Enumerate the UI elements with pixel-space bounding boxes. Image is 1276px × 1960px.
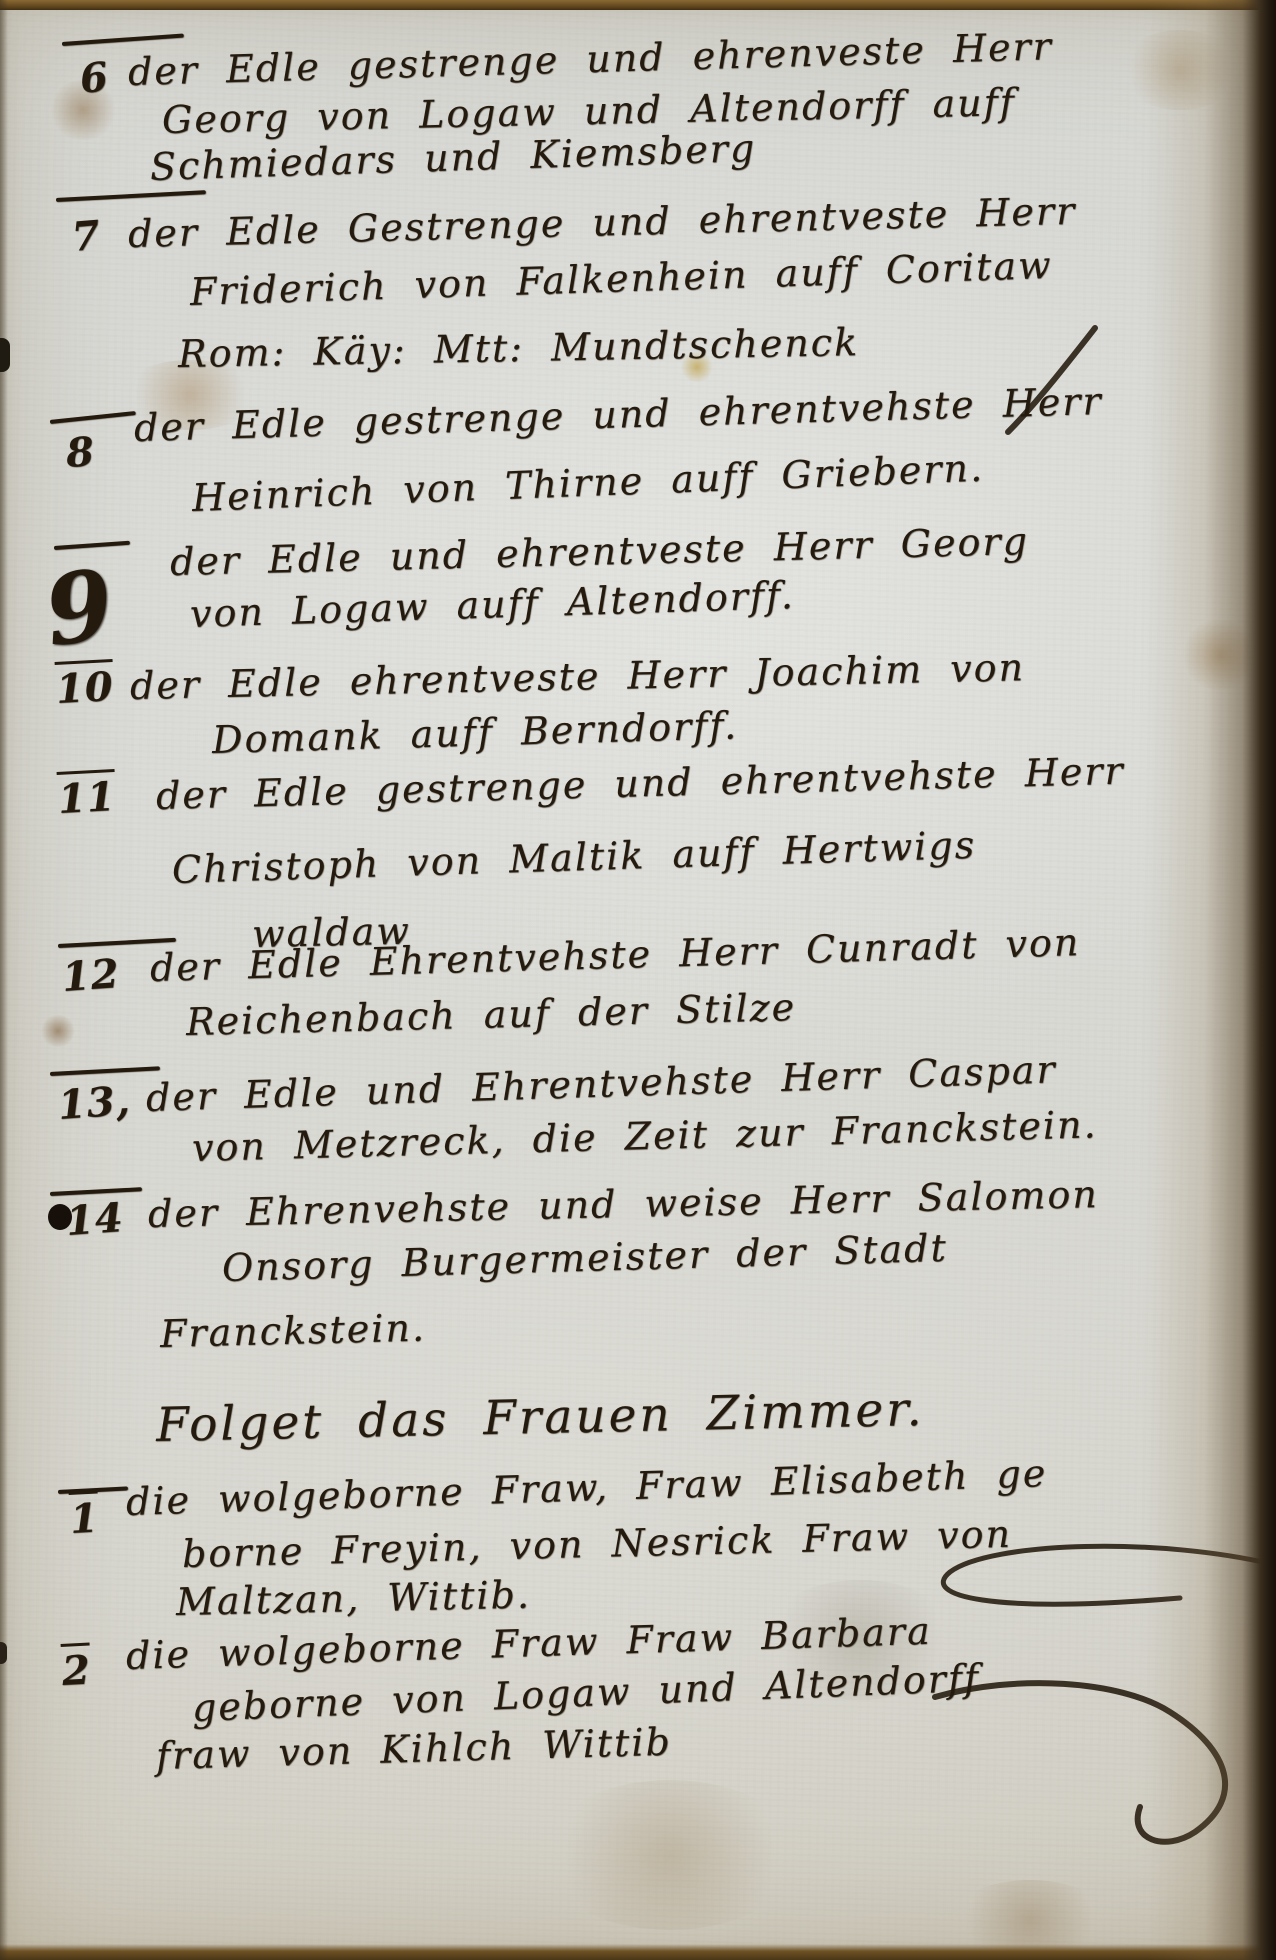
entry-line: die wolgeborne Fraw, Fraw Elisabeth ge	[125, 1451, 1048, 1524]
book-edge-left	[0, 0, 8, 1960]
book-edge-right	[1146, 0, 1276, 1960]
entry-number: 7	[70, 212, 103, 261]
paper-stain	[40, 1015, 76, 1047]
entry-number: 12	[60, 950, 121, 1001]
paper-stain	[950, 1880, 1110, 1960]
entry-number: 6	[78, 53, 112, 103]
ink-flourish	[920, 1672, 1270, 1872]
book-edge-top	[0, 0, 1276, 10]
paper-stain	[1180, 620, 1260, 690]
ink-dash	[62, 33, 184, 46]
entry-line: der Edle und ehrentveste Herr Georg	[169, 519, 1029, 584]
book-edge-left-mark	[0, 1642, 7, 1664]
entry-number: 9	[38, 547, 121, 668]
ink-dash	[56, 190, 206, 202]
entry-number: 10	[55, 663, 115, 713]
book-edge-bottom	[0, 1944, 1276, 1960]
entry-line: der Edle ehrentveste Herr Joachim von	[130, 645, 1026, 708]
entry-number: 8	[64, 428, 96, 477]
entry-line: der Edle gestrenge und ehrentvehste Herr	[133, 379, 1103, 450]
entry-line: Friderich von Falkenhein auff Coritaw	[189, 243, 1053, 314]
ink-dash	[50, 1187, 142, 1196]
entry-line: Heinrich von Thirne auff Griebern.	[191, 446, 985, 520]
entry-number: 1	[69, 1495, 100, 1543]
entry-line: Reichenbach auf der Stilze	[185, 985, 796, 1044]
section-heading: Folget das Frauen Zimmer.	[155, 1382, 925, 1453]
entry-line: Rom: Käy: Mtt: Mundtschenck	[178, 320, 860, 376]
entry-number: 13,	[56, 1077, 132, 1129]
entry-line: der Ehrenvehste und weise Herr Salomon	[148, 1172, 1100, 1236]
entry-line: von Logaw auff Altendorff.	[189, 573, 795, 636]
entry-line: Maltzan, Wittib.	[176, 1573, 532, 1624]
paper-stain	[540, 1780, 800, 1930]
entry-line: Franckstein.	[159, 1306, 426, 1356]
book-edge-left-mark	[0, 338, 10, 372]
entry-number: 14	[64, 1194, 125, 1245]
ink-dash	[50, 411, 136, 424]
entry-number: 2	[61, 1647, 92, 1695]
paper-stain	[1120, 30, 1240, 110]
ink-flourish	[880, 1528, 1276, 1638]
entry-line: Domank auff Berndorff.	[211, 703, 738, 762]
entry-number: 11	[57, 773, 117, 823]
ink-dash	[50, 1066, 160, 1076]
manuscript-page: 6 der Edle gestrenge und ehrenveste Herr…	[0, 0, 1276, 1960]
entry-line: Christoph von Maltik auff Hertwigs	[171, 823, 976, 892]
entry-line: Onsorg Burgermeister der Stadt	[221, 1226, 948, 1290]
